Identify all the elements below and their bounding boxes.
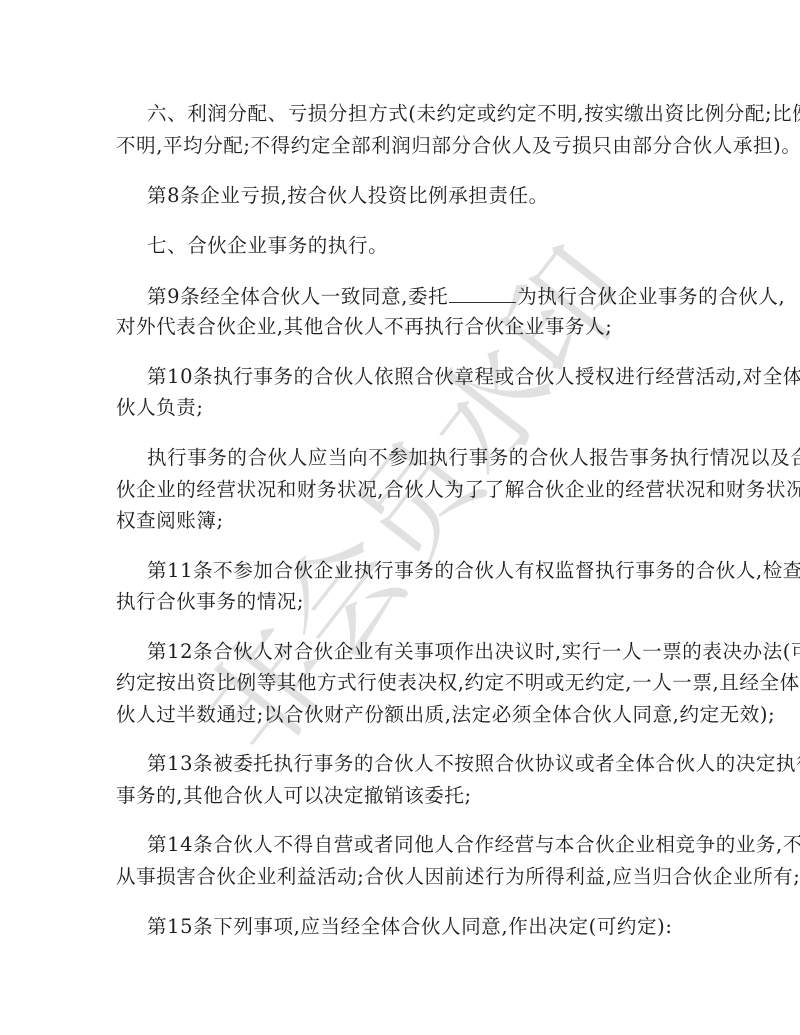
paragraph-article-13-line-2: 事务的,其他合伙人可以决定撤销该委托;	[116, 784, 686, 808]
paragraph-section-6-line-1: 六、利润分配、亏损分担方式(未约定或约定不明,按实缴出资比例分配;比例	[147, 102, 717, 126]
paragraph-article-10-line-2: 伙人负责;	[116, 396, 686, 420]
document-page: 非会员水印 六、利润分配、亏损分担方式(未约定或约定不明,按实缴出资比例分配;比…	[0, 0, 800, 1035]
paragraph-article-9-line-1: 第9条经全体合伙人一致同意,委托为执行合伙企业事务的合伙人,	[147, 284, 717, 309]
paragraph-article-11-line-1: 第11条不参加合伙企业执行事务的合伙人有权监督执行事务的合伙人,检查其	[147, 559, 717, 583]
paragraph-article-14-line-1: 第14条合伙人不得自营或者同他人合作经营与本合伙企业相竞争的业务,不得	[147, 833, 717, 857]
paragraph-section-6-line-2: 不明,平均分配;不得约定全部利润归部分合伙人及亏损只由部分合伙人承担)。	[116, 134, 686, 158]
article-9-text-after-blank: 为执行合伙企业事务的合伙人,	[517, 285, 785, 308]
paragraph-reporting-line-1: 执行事务的合伙人应当向不参加执行事务的合伙人报告事务执行情况以及合	[147, 446, 717, 470]
paragraph-article-10-line-1: 第10条执行事务的合伙人依照合伙章程或合伙人授权进行经营活动,对全体合	[147, 365, 717, 389]
paragraph-article-14-line-2: 从事损害合伙企业利益活动;合伙人因前述行为所得利益,应当归合伙企业所有;	[116, 865, 686, 889]
paragraph-article-15: 第15条下列事项,应当经全体合伙人同意,作出决定(可约定):	[147, 915, 717, 939]
delegate-name-blank	[449, 284, 516, 303]
paragraph-article-9-line-2: 对外代表合伙企业,其他合伙人不再执行合伙企业事务人;	[116, 315, 686, 339]
paragraph-article-13-line-1: 第13条被委托执行事务的合伙人不按照合伙协议或者全体合伙人的决定执行	[147, 752, 717, 776]
heading-section-7: 七、合伙企业事务的执行。	[147, 234, 717, 258]
paragraph-reporting-line-2: 伙企业的经营状况和财务状况,合伙人为了了解合伙企业的经营状况和财务状况有	[116, 478, 686, 502]
article-9-text-before-blank: 第9条经全体合伙人一致同意,委托	[147, 285, 448, 308]
paragraph-article-12-line-2: 约定按出资比例等其他方式行使表决权,约定不明或无约定,一人一票,且经全体合	[116, 671, 686, 695]
paragraph-article-12-line-1: 第12条合伙人对合伙企业有关事项作出决议时,实行一人一票的表决办法(可	[147, 640, 717, 664]
paragraph-reporting-line-3: 权查阅账簿;	[116, 509, 686, 533]
paragraph-article-12-line-3: 伙人过半数通过;以合伙财产份额出质,法定必须全体合伙人同意,约定无效);	[116, 703, 686, 727]
paragraph-article-11-line-2: 执行合伙事务的情况;	[116, 590, 686, 614]
paragraph-article-8: 第8条企业亏损,按合伙人投资比例承担责任。	[147, 184, 717, 208]
